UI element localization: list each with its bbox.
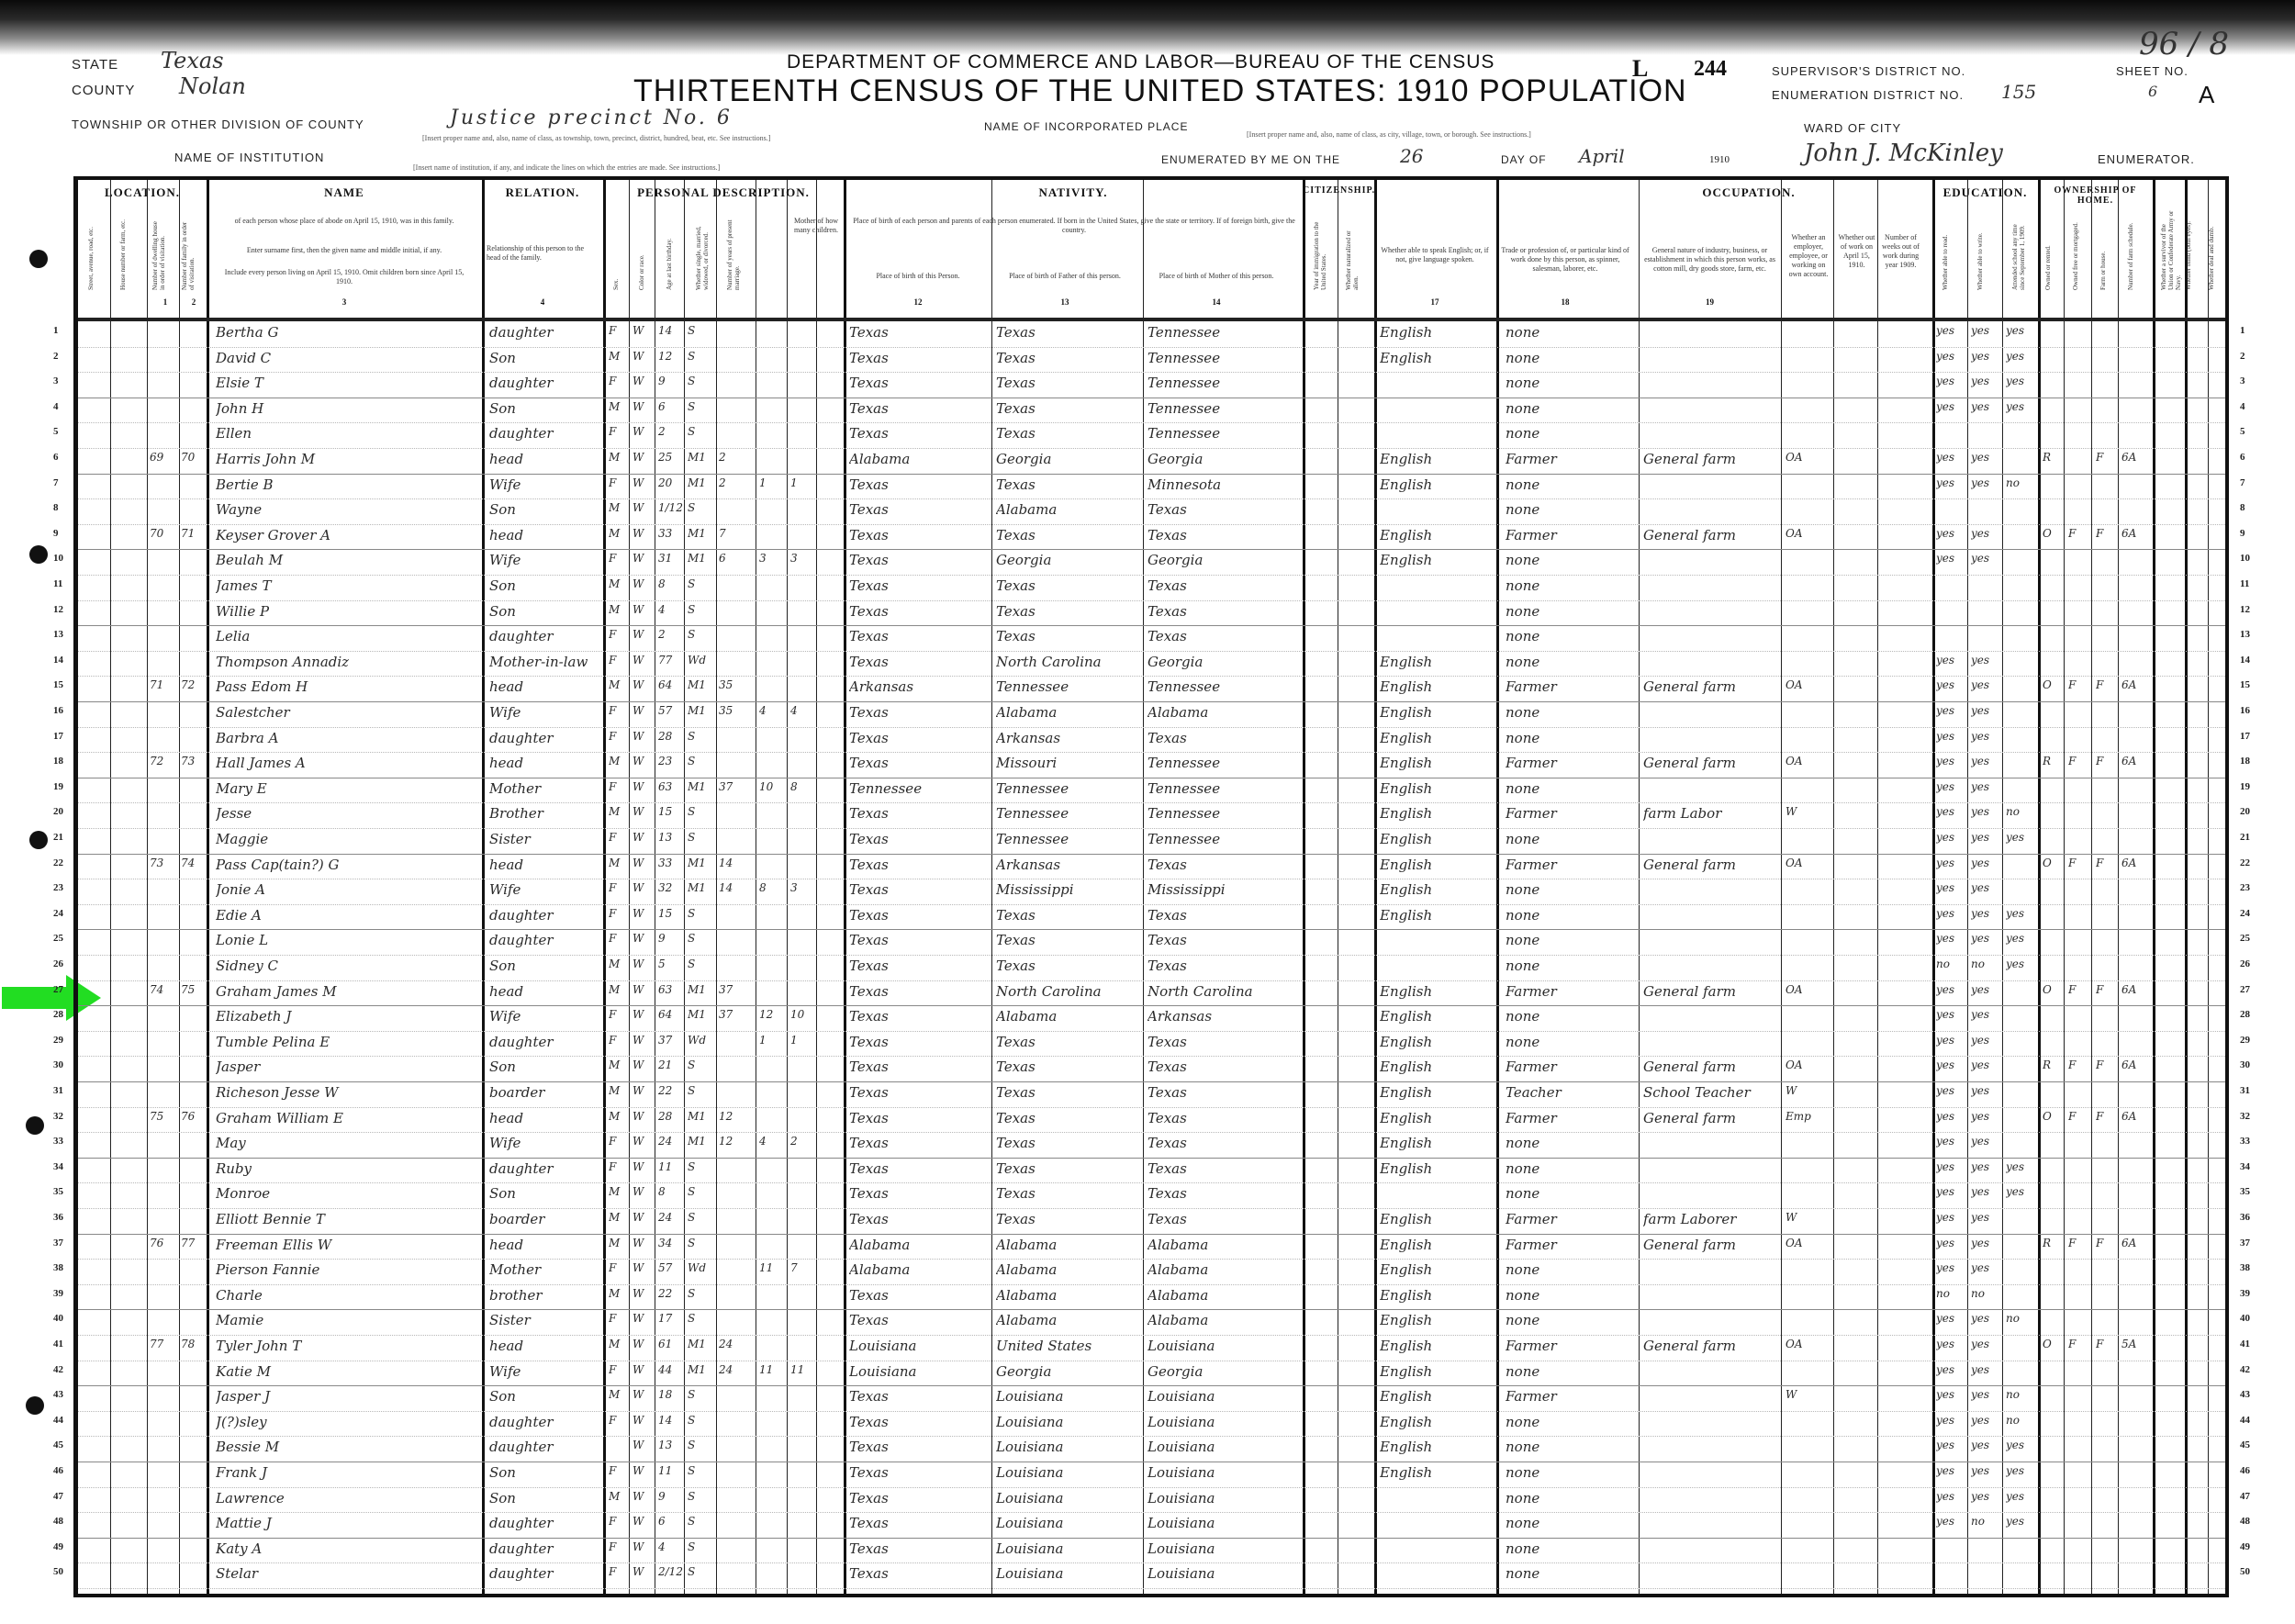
can-read-cell: yes (1936, 1211, 1967, 1224)
age-cell: 9 (658, 375, 684, 387)
race-cell: W (633, 1287, 655, 1300)
birthplace-mother-cell: Texas (1147, 1110, 1299, 1126)
farm-schedule-cell: 6A (2121, 678, 2151, 691)
farm-schedule-cell: 6A (2121, 1237, 2151, 1249)
birthplace-father-cell: Texas (996, 907, 1141, 924)
language-cell: English (1380, 881, 1495, 898)
race-cell: W (633, 603, 655, 616)
relation-cell: daughter (489, 425, 601, 442)
line-number: 45 (2240, 1439, 2250, 1450)
marital-status-cell: S (688, 1464, 715, 1477)
person-name-cell: J(?)sley (216, 1414, 482, 1430)
language-cell: English (1380, 527, 1495, 543)
line-number: 6 (2240, 452, 2245, 463)
sex-cell: F (609, 831, 629, 844)
industry-desc: General nature of industry, business, or… (1643, 246, 1776, 274)
line-number: 27 (53, 984, 63, 995)
age-cell: 63 (658, 780, 684, 793)
line-number: 10 (2240, 553, 2250, 564)
sex-cell: F (609, 425, 629, 438)
dwelling-number-cell: 75 (150, 1110, 177, 1123)
relation-cell: daughter (489, 375, 601, 391)
race-cell: W (633, 1135, 655, 1148)
age-cell: 28 (658, 1110, 684, 1123)
birthplace-mother-cell: Tennessee (1147, 375, 1299, 391)
department-line: DEPARTMENT OF COMMERCE AND LABOR—BUREAU … (787, 51, 1495, 73)
line-number: 11 (53, 578, 62, 589)
relation-cell: boarder (489, 1211, 601, 1227)
birthplace-father-cell: Tennessee (996, 678, 1141, 695)
line-number: 15 (2240, 679, 2250, 690)
family-number-cell: 74 (181, 857, 207, 869)
birthplace-person-cell: Texas (849, 983, 989, 1000)
line-number: 10 (53, 553, 63, 564)
language-cell: English (1380, 1058, 1495, 1075)
group-occupation: OCCUPATION. (1496, 185, 2001, 200)
birthplace-mother-cell: Arkansas (1147, 1008, 1299, 1025)
language-cell: English (1380, 654, 1495, 670)
birthplace-father-cell: Texas (996, 1110, 1141, 1126)
marital-status-cell: S (688, 1058, 715, 1071)
birthplace-person-cell: Texas (849, 730, 989, 746)
industry-cell: General farm (1643, 451, 1779, 467)
line-number: 26 (53, 958, 63, 969)
relation-cell: Son (489, 603, 601, 620)
children-living-cell: 10 (790, 1008, 816, 1021)
farm-house-cell: F (2096, 451, 2116, 464)
relation-cell: Wife (489, 1363, 601, 1380)
birthplace-mother-cell: Texas (1147, 857, 1299, 873)
line-number: 48 (53, 1516, 63, 1527)
table-row: WayneSonMW1/12STexasAlabamaTexasnone (78, 498, 2225, 525)
birthplace-father-cell: Alabama (996, 1287, 1141, 1304)
relation-cell: Wife (489, 1135, 601, 1151)
birthplace-person-cell: Texas (849, 1110, 989, 1126)
sex-cell: F (609, 324, 629, 337)
can-write-cell: yes (1971, 476, 2002, 489)
industry-cell: General farm (1643, 755, 1779, 771)
race-cell: W (633, 451, 655, 464)
farm-schedule-cell: 5A (2121, 1338, 2151, 1350)
age-cell: 77 (658, 654, 684, 666)
years-married-cell: 12 (719, 1110, 754, 1123)
farm-schedule-cell: 6A (2121, 755, 2151, 767)
farm-house-cell: F (2096, 857, 2116, 869)
punch-hole (26, 1116, 44, 1135)
sex-cell: M (609, 805, 629, 818)
relation-cell: Mother (489, 1261, 601, 1278)
farm-schedule-cell: 6A (2121, 451, 2151, 464)
trade-cell: none (1506, 958, 1634, 974)
can-write-cell: yes (1971, 1160, 2002, 1173)
can-write-cell: yes (1971, 1058, 2002, 1071)
table-row: Thompson AnnadizMother-in-lawFW77WdTexas… (78, 651, 2225, 678)
birthplace-father-cell: Georgia (996, 1363, 1141, 1380)
township-note: [Insert proper name and, also, name of c… (422, 134, 770, 142)
birthplace-mother-cell: Texas (1147, 1211, 1299, 1227)
table-row: 7576Graham William EheadMW28M112TexasTex… (78, 1107, 2225, 1134)
trade-cell: none (1506, 1008, 1634, 1025)
enumerated-label: Enumerated by me on the (1161, 153, 1340, 166)
table-row: Willie PSonMW4STexasTexasTexasnone (78, 600, 2225, 627)
group-citizenship: CITIZENSHIP. (1303, 185, 1374, 196)
sex-cell: M (609, 603, 629, 616)
col-num: 2 (181, 297, 207, 307)
table-row: JesseBrotherMW15STexasTennesseeTennessee… (78, 802, 2225, 829)
line-number: 38 (53, 1262, 63, 1273)
birth-mother-desc: Place of birth of Mother of this person. (1147, 272, 1285, 281)
person-name-cell: John H (216, 400, 482, 417)
industry-cell: farm Laborer (1643, 1211, 1779, 1227)
birthplace-father-cell: Mississippi (996, 881, 1141, 898)
person-name-cell: Edie A (216, 907, 482, 924)
person-name-cell: Jasper (216, 1058, 482, 1075)
language-cell: English (1380, 324, 1495, 341)
age-cell: 17 (658, 1312, 684, 1325)
can-write-cell: yes (1971, 831, 2002, 844)
years-married-cell: 12 (719, 1135, 754, 1148)
birthplace-father-cell: Louisiana (996, 1464, 1141, 1481)
can-write-cell: yes (1971, 881, 2002, 894)
marital-status-cell: M1 (688, 476, 715, 489)
line-number: 8 (53, 502, 59, 513)
trade-cell: none (1506, 704, 1634, 721)
ward-label: Ward of city (1804, 121, 1901, 135)
table-row: Beulah MWifeFW31M1633TexasGeorgiaGeorgia… (78, 549, 2225, 576)
children-living-cell: 3 (790, 552, 816, 565)
race-cell: W (633, 1338, 655, 1350)
table-row: John HSonMW6STexasTexasTennesseenoneyesy… (78, 398, 2225, 424)
birthplace-father-cell: Louisiana (996, 1540, 1141, 1557)
trade-cell: Farmer (1506, 1211, 1634, 1227)
race-cell: W (633, 324, 655, 337)
years-married-cell: 24 (719, 1363, 754, 1376)
language-cell: English (1380, 857, 1495, 873)
marital-status-cell: M1 (688, 1008, 715, 1021)
incorporated-place-label: Name of incorporated place (984, 120, 1188, 133)
years-married-cell: 35 (719, 678, 754, 691)
can-read-cell: yes (1936, 1008, 1967, 1021)
trade-cell: Farmer (1506, 857, 1634, 873)
birthplace-person-cell: Texas (849, 1160, 989, 1177)
relation-cell: daughter (489, 932, 601, 948)
birthplace-father-cell: Texas (996, 324, 1141, 341)
sex-cell: F (609, 780, 629, 793)
children-born-cell: 4 (759, 1135, 785, 1148)
trade-cell: none (1506, 1185, 1634, 1202)
write-header: Whether able to write. (1976, 217, 1984, 290)
language-cell: English (1380, 730, 1495, 746)
table-row: Tumble Pelina EdaughterFW37Wd11TexasTexa… (78, 1031, 2225, 1058)
age-cell: 24 (658, 1211, 684, 1224)
birthplace-father-cell: Louisiana (996, 1388, 1141, 1405)
relation-cell: daughter (489, 1565, 601, 1582)
line-number: 22 (2240, 857, 2250, 868)
race-cell: W (633, 1515, 655, 1528)
line-number: 47 (53, 1491, 63, 1502)
can-read-cell: yes (1936, 400, 1967, 413)
birthplace-person-cell: Texas (849, 881, 989, 898)
birthplace-mother-cell: Texas (1147, 958, 1299, 974)
trade-cell: none (1506, 628, 1634, 644)
sex-cell: M (609, 678, 629, 691)
table-row: James TSonMW8STexasTexasTexasnone (78, 575, 2225, 601)
race-cell: W (633, 1261, 655, 1274)
person-name-cell: Mattie J (216, 1515, 482, 1531)
birth-person-desc: Place of birth of this Person. (849, 272, 987, 281)
trade-cell: none (1506, 1160, 1634, 1177)
punch-hole (26, 1396, 44, 1415)
sex-cell: F (609, 1135, 629, 1148)
birthplace-father-cell: Alabama (996, 1008, 1141, 1025)
farm-schedule-cell: 6A (2121, 1058, 2151, 1071)
race-cell: W (633, 1540, 655, 1553)
line-number: 24 (53, 908, 63, 919)
trade-cell: Farmer (1506, 678, 1634, 695)
person-name-cell: Mary E (216, 780, 482, 797)
can-write-cell: no (1971, 1515, 2002, 1528)
relation-cell: Son (489, 1185, 601, 1202)
dwelling-number-cell: 77 (150, 1338, 177, 1350)
race-cell: W (633, 857, 655, 869)
attended-school-cell: yes (2006, 831, 2037, 844)
relation-cell: boarder (489, 1084, 601, 1101)
relation-cell: Son (489, 1388, 601, 1405)
can-read-cell: yes (1936, 932, 1967, 945)
person-name-cell: Elizabeth J (216, 1008, 482, 1025)
relation-cell: Son (489, 1058, 601, 1075)
birthplace-person-cell: Texas (849, 907, 989, 924)
person-name-cell: Mamie (216, 1312, 482, 1328)
marital-status-cell: S (688, 375, 715, 387)
line-number: 37 (2240, 1238, 2250, 1249)
birthplace-father-cell: Louisiana (996, 1414, 1141, 1430)
birthplace-person-cell: Texas (849, 425, 989, 442)
can-write-cell: yes (1971, 704, 2002, 717)
age-cell: 2 (658, 425, 684, 438)
marital-status-cell: M1 (688, 527, 715, 540)
birthplace-person-cell: Texas (849, 1185, 989, 1202)
birthplace-mother-cell: Tennessee (1147, 425, 1299, 442)
relation-cell: daughter (489, 1540, 601, 1557)
age-cell: 13 (658, 831, 684, 844)
sex-cell: F (609, 907, 629, 920)
line-number: 18 (2240, 756, 2250, 767)
language-cell: English (1380, 1312, 1495, 1328)
line-number: 46 (53, 1465, 63, 1476)
birthplace-father-cell: Tennessee (996, 780, 1141, 797)
employment-class-cell: OA (1786, 1058, 1831, 1071)
day-of-label: day of (1501, 153, 1547, 166)
line-number: 8 (2240, 502, 2245, 513)
line-number: 24 (2240, 908, 2250, 919)
birthplace-person-cell: Texas (849, 1414, 989, 1430)
street-header: Street, avenue, road, etc. (87, 217, 95, 290)
can-read-cell: no (1936, 1287, 1967, 1300)
years-married-header: Number of years of present marriage. (726, 217, 741, 290)
line-number: 9 (53, 528, 59, 539)
can-write-cell: yes (1971, 1237, 2002, 1249)
col-num: 19 (1643, 297, 1776, 307)
person-name-cell: Graham William E (216, 1110, 482, 1126)
line-number: 25 (53, 933, 63, 944)
person-name-cell: Richeson Jesse W (216, 1084, 482, 1101)
birthplace-person-cell: Texas (849, 932, 989, 948)
line-number: 2 (2240, 351, 2245, 362)
line-number: 16 (53, 705, 63, 716)
can-write-cell: yes (1971, 1084, 2002, 1097)
years-married-cell: 2 (719, 476, 754, 489)
children-living-cell: 3 (790, 881, 816, 894)
can-write-cell: yes (1971, 350, 2002, 363)
person-name-cell: Bertie B (216, 476, 482, 493)
relation-cell: head (489, 857, 601, 873)
sex-cell: M (609, 983, 629, 996)
name-desc-3: Include every person living on April 15,… (216, 268, 473, 286)
can-read-cell: no (1936, 958, 1967, 970)
line-number: 1 (2240, 325, 2245, 336)
line-number: 3 (2240, 375, 2245, 386)
language-cell: English (1380, 1110, 1495, 1126)
trade-cell: Farmer (1506, 1110, 1634, 1126)
birthplace-mother-cell: Georgia (1147, 1363, 1299, 1380)
sex-cell: M (609, 350, 629, 363)
can-read-cell: yes (1936, 755, 1967, 767)
line-number: 45 (53, 1439, 63, 1450)
table-row: CharlebrotherMW22STexasAlabamaAlabamaEng… (78, 1284, 2225, 1311)
family-number-cell: 77 (181, 1237, 207, 1249)
birthplace-mother-cell: Louisiana (1147, 1565, 1299, 1582)
stamp-letter: L (1632, 55, 1648, 83)
marital-status-cell: M1 (688, 1363, 715, 1376)
language-cell: English (1380, 1261, 1495, 1278)
can-write-cell: yes (1971, 805, 2002, 818)
industry-cell: School Teacher (1643, 1084, 1779, 1101)
sex-cell: F (609, 1261, 629, 1274)
race-cell: W (633, 1565, 655, 1578)
line-number: 9 (2240, 528, 2245, 539)
language-cell: English (1380, 678, 1495, 695)
person-name-cell: Elliott Bennie T (216, 1211, 482, 1227)
birthplace-person-cell: Texas (849, 603, 989, 620)
years-married-cell: 24 (719, 1338, 754, 1350)
state-value: Texas (161, 48, 224, 73)
birthplace-mother-cell: Louisiana (1147, 1439, 1299, 1455)
marital-status-cell: S (688, 350, 715, 363)
family-number-cell: 75 (181, 983, 207, 996)
can-read-cell: yes (1936, 1034, 1967, 1047)
trade-cell: none (1506, 654, 1634, 670)
person-name-cell: Pierson Fannie (216, 1261, 482, 1278)
person-name-cell: Keyser Grover A (216, 527, 482, 543)
table-row: MonroeSonMW8STexasTexasTexasnoneyesyesye… (78, 1182, 2225, 1209)
person-name-cell: Elsie T (216, 375, 482, 391)
sex-cell: M (609, 755, 629, 767)
table-row: 6970Harris John MheadMW25M12AlabamaGeorg… (78, 448, 2225, 475)
birthplace-father-cell: Texas (996, 476, 1141, 493)
line-number: 23 (2240, 882, 2250, 893)
children-born-cell: 3 (759, 552, 785, 565)
trade-cell: none (1506, 350, 1634, 366)
marital-status-cell: S (688, 1388, 715, 1401)
can-read-cell: yes (1936, 881, 1967, 894)
free-mortgaged-cell: F (2068, 857, 2088, 869)
line-number: 35 (2240, 1186, 2250, 1197)
person-name-cell: Lelia (216, 628, 482, 644)
family-number-cell: 70 (181, 451, 207, 464)
industry-cell: General farm (1643, 983, 1779, 1000)
marital-status-cell: S (688, 1515, 715, 1528)
line-number: 31 (53, 1085, 63, 1096)
age-cell: 57 (658, 704, 684, 717)
birthplace-person-cell: Alabama (849, 451, 989, 467)
supervisor-district-label: Supervisor's District No. (1772, 64, 1965, 78)
can-write-cell: yes (1971, 527, 2002, 540)
age-cell: 6 (658, 400, 684, 413)
line-number: 49 (53, 1541, 63, 1552)
township-label: Township or other division of county (72, 118, 364, 131)
birthplace-mother-cell: Tennessee (1147, 678, 1299, 695)
birthplace-father-cell: Texas (996, 1135, 1141, 1151)
sheet-label: Sheet No. (2116, 64, 2189, 78)
language-cell: English (1380, 1464, 1495, 1481)
line-number: 42 (53, 1364, 63, 1375)
sex-cell: M (609, 451, 629, 464)
age-cell: 63 (658, 983, 684, 996)
relation-cell: head (489, 1237, 601, 1253)
race-cell: W (633, 1312, 655, 1325)
years-married-cell: 37 (719, 780, 754, 793)
person-name-cell: Monroe (216, 1185, 482, 1202)
line-number: 17 (2240, 731, 2250, 742)
trade-cell: Farmer (1506, 1058, 1634, 1075)
age-cell: 23 (658, 755, 684, 767)
language-cell: English (1380, 1008, 1495, 1025)
stamp-number: 244 (1694, 57, 1727, 82)
col-num: 14 (1147, 297, 1285, 307)
marital-status-cell: S (688, 932, 715, 945)
sex-cell: M (609, 1388, 629, 1401)
trade-cell: none (1506, 552, 1634, 568)
age-cell: 18 (658, 1388, 684, 1401)
employment-class-cell: OA (1786, 678, 1831, 691)
employment-class-cell: Emp (1786, 1110, 1831, 1123)
marital-status-cell: M1 (688, 1338, 715, 1350)
sex-cell: M (609, 1058, 629, 1071)
weeks-out-desc: Number of weeks out of work during year … (1880, 233, 1921, 270)
attended-school-cell: no (2006, 1414, 2037, 1427)
owned-rented-cell: O (2043, 527, 2063, 540)
trade-cell: none (1506, 932, 1634, 948)
marital-status-cell: S (688, 730, 715, 743)
dwelling-number-cell: 73 (150, 857, 177, 869)
person-name-cell: Willie P (216, 603, 482, 620)
person-name-cell: Hall James A (216, 755, 482, 771)
free-mortgaged-cell: F (2068, 755, 2088, 767)
owned-rented-cell: R (2043, 755, 2063, 767)
sex-cell: M (609, 501, 629, 514)
birthplace-father-cell: Alabama (996, 1312, 1141, 1328)
trade-desc: Trade or profession of, or particular ki… (1501, 246, 1629, 274)
relation-cell: Son (489, 577, 601, 594)
marital-status-cell: S (688, 324, 715, 337)
age-cell: 1/12 (658, 501, 684, 514)
can-read-cell: yes (1936, 375, 1967, 387)
family-number-header: Number of family in order of visitation. (181, 217, 196, 290)
owned-rented-header: Owned or rented. (2044, 217, 2052, 290)
language-cell: English (1380, 476, 1495, 493)
race-cell: W (633, 527, 655, 540)
